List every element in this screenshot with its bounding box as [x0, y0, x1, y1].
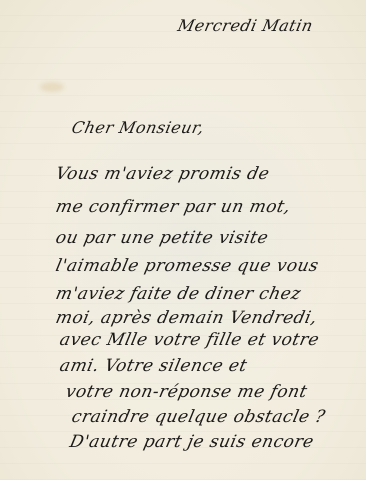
letter-page: Mercredi Matin Cher Monsieur, Vous m'avi… — [0, 0, 366, 480]
letter-line-6: moi, après demain Vendredi, — [54, 308, 319, 328]
paper-stain — [40, 82, 64, 92]
letter-line-7: avec Mlle votre fille et votre — [58, 330, 321, 350]
letter-line-8: ami. Votre silence et — [58, 356, 249, 376]
letter-line-9: votre non-réponse me font — [64, 382, 309, 402]
letter-line-4: l'aimable promesse que vous — [54, 256, 321, 276]
letter-line-2: me confirmer par un mot, — [54, 197, 293, 217]
letter-line-1: Vous m'aviez promis de — [54, 164, 272, 184]
letter-line-10: craindre quelque obstacle ? — [70, 407, 327, 427]
letter-line-5: m'aviez faite de diner chez — [54, 284, 303, 304]
dateline: Mercredi Matin — [176, 16, 315, 35]
letter-line-3: ou par une petite visite — [54, 228, 270, 248]
salutation: Cher Monsieur, — [70, 118, 206, 137]
letter-line-11: D'autre part je suis encore — [68, 432, 316, 452]
